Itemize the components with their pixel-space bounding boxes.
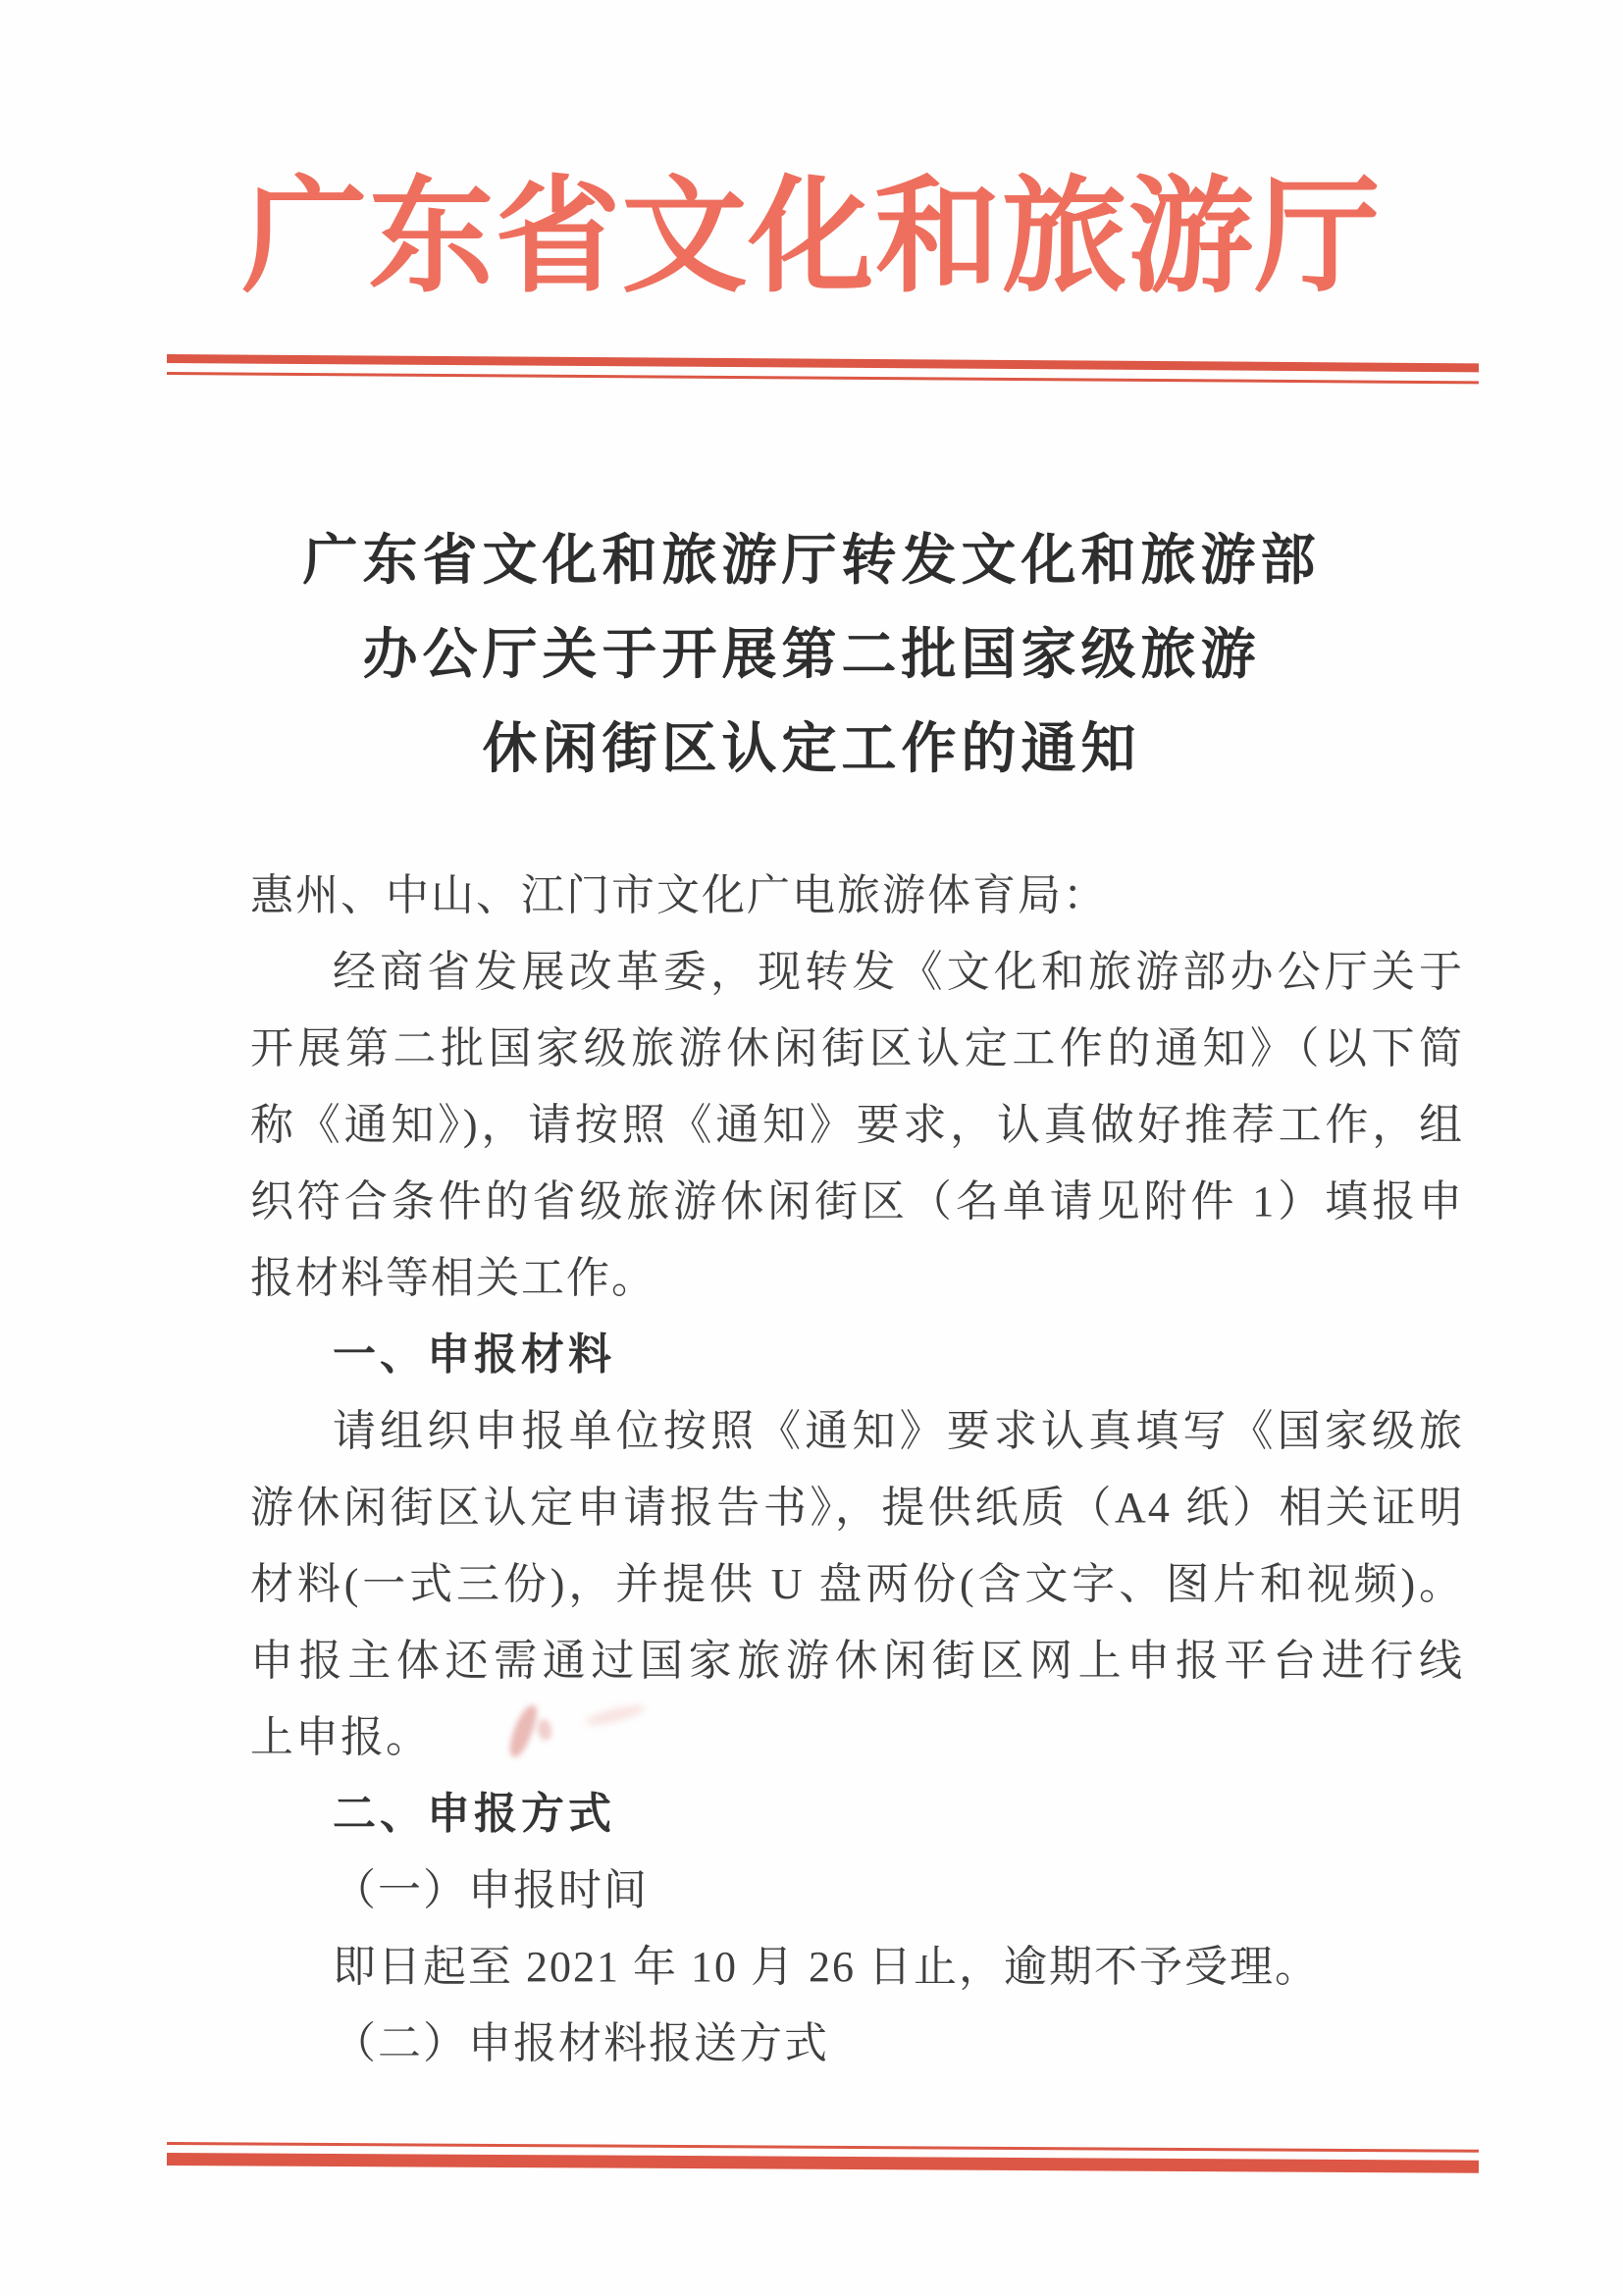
- body-line: 申报主体还需通过国家旅游休闲街区网上申报平台进行线: [250, 1623, 1464, 1699]
- footer-rule-thick: [167, 2153, 1479, 2173]
- body-line: 游休闲街区认定申请报告书》，提供纸质（A4 纸）相关证明: [250, 1470, 1464, 1546]
- body-line: 报材料等相关工作。: [250, 1240, 1464, 1317]
- section-heading-two: 二、申报方式: [250, 1776, 1464, 1852]
- document-title-line-3: 休闲街区认定工作的通知: [0, 703, 1623, 797]
- body-line: 即日起至 2021 年 10 月 26 日止，逾期不予受理。: [250, 1929, 1464, 2006]
- header-rule-thin: [167, 372, 1479, 384]
- body-line: 称《通知》)，请按照《通知》要求，认真做好推荐工作，组: [250, 1087, 1464, 1164]
- section-heading-one: 一、申报材料: [250, 1317, 1464, 1393]
- footer-rule-thin: [167, 2142, 1479, 2153]
- body-line: 上申报。: [250, 1699, 1464, 1776]
- document-title-line-2: 办公厅关于开展第二批国家级旅游: [0, 608, 1623, 703]
- body-line: 开展第二批国家级旅游休闲街区认定工作的通知》（以下简: [250, 1011, 1464, 1087]
- document-body: 惠州、中山、江门市文化广电旅游体育局： 经商省发展改革委，现转发《文化和旅游部办…: [250, 858, 1464, 2082]
- subsection-heading: （一）申报时间: [250, 1852, 1464, 1929]
- body-line: 织符合条件的省级旅游休闲街区（名单请见附件 1）填报申: [250, 1164, 1464, 1240]
- body-line: 材料(一式三份)，并提供 U 盘两份(含文字、图片和视频)。: [250, 1546, 1464, 1623]
- header-rule-thick: [167, 354, 1479, 372]
- document-title-line-1: 广东省文化和旅游厅转发文化和旅游部: [0, 514, 1623, 608]
- subsection-heading: （二）申报材料报送方式: [250, 2006, 1464, 2082]
- body-line: 请组织申报单位按照《通知》要求认真填写《国家级旅: [250, 1393, 1464, 1470]
- salutation: 惠州、中山、江门市文化广电旅游体育局：: [250, 858, 1464, 934]
- document-page: 广东省文化和旅游厅 广东省文化和旅游厅转发文化和旅游部 办公厅关于开展第二批国家…: [0, 0, 1623, 2296]
- body-line: 经商省发展改革委，现转发《文化和旅游部办公厅关于: [250, 934, 1464, 1011]
- letterhead-title: 广东省文化和旅游厅: [0, 159, 1623, 316]
- document-title: 广东省文化和旅游厅转发文化和旅游部 办公厅关于开展第二批国家级旅游 休闲街区认定…: [0, 514, 1623, 797]
